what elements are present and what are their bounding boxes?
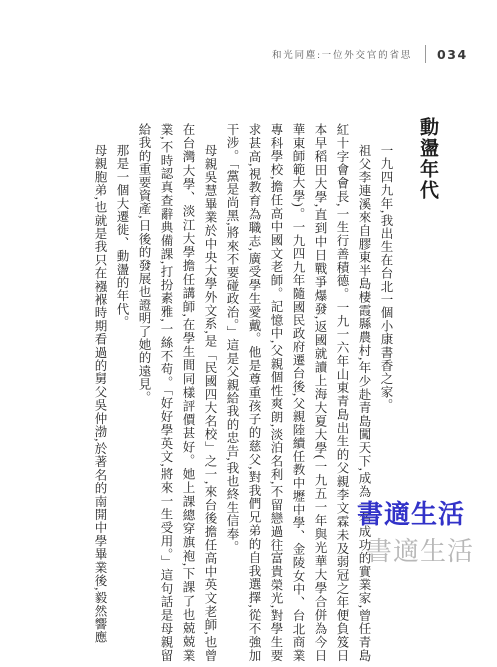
body-text: 一九四九年,我出生在台北一個小康書香之家。 祖父李連溪來自膠東半島棲霞縣農村,年… xyxy=(89,117,397,662)
chapter-title: 動盪年代 xyxy=(414,117,440,662)
paragraph: 祖父李連溪來自膠東半島棲霞縣農村,年少赴青島闖天下,成為一名成功的實業家,曾任青… xyxy=(221,123,375,662)
running-head: 和光同塵:一位外交官的省思 034 xyxy=(272,44,468,64)
page-content: 動盪年代 一九四九年,我出生在台北一個小康書香之家。 祖父李連溪來自膠東半島棲霞… xyxy=(55,117,440,662)
paragraph: 母親吳慧畢業於中央大學外文系,是「民國四大名校」之一,來台後擔任高中英文老師,也… xyxy=(133,123,221,662)
paragraph: 那是一個大遷徙、動盪的年代。 xyxy=(111,123,133,662)
paragraph: 母親胞弟,也就是我只在襁褓時期看過的舅父吳仲渤,於著名的南開中學畢業後,毅然響應 xyxy=(89,123,111,662)
running-head-divider xyxy=(425,45,426,63)
book-page: 和光同塵:一位外交官的省思 034 動盪年代 一九四九年,我出生在台北一個小康書… xyxy=(0,0,497,667)
page-number: 034 xyxy=(437,47,468,62)
running-head-book-title: 和光同塵:一位外交官的省思 xyxy=(272,47,412,61)
paragraph: 一九四九年,我出生在台北一個小康書香之家。 xyxy=(375,123,397,662)
